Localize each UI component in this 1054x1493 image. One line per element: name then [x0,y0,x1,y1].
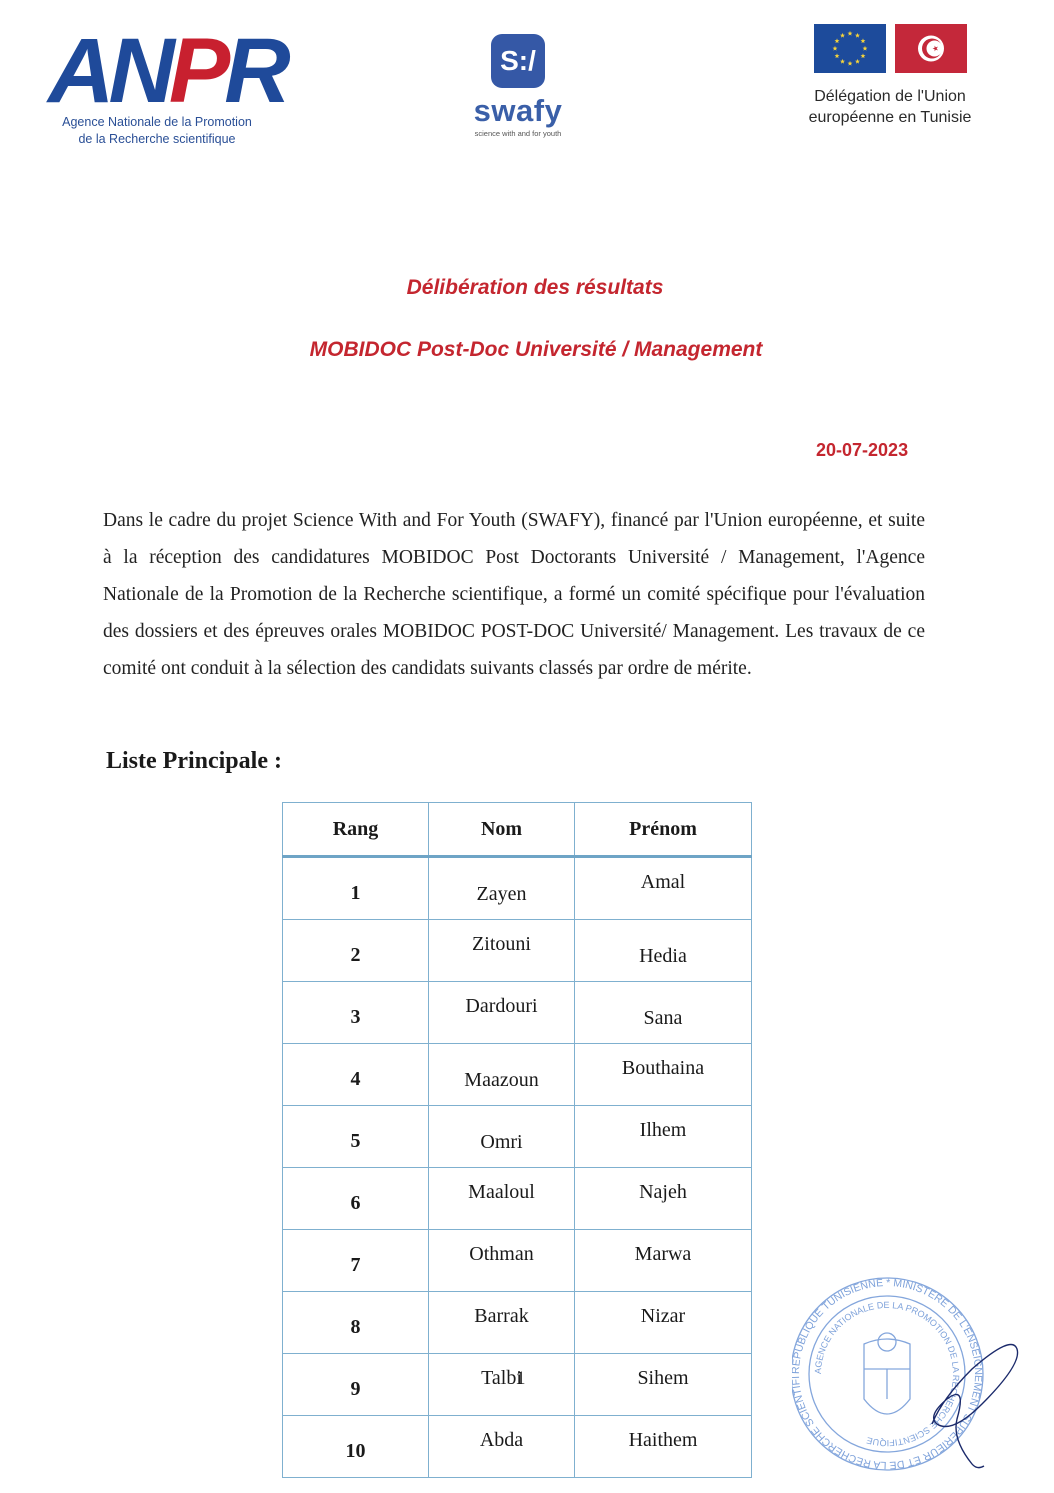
eu-delegation-logo: Délégation de l'Union européenne en Tuni… [790,24,990,128]
anpr-logo-mark: ANPR [48,30,278,112]
list-title: Liste Principale : [106,748,282,775]
cell-prenom: Ilhem [575,1106,752,1168]
document-date: 20-07-2023 [816,440,908,461]
cell-rang: 6 [283,1168,429,1230]
table-row: 7OthmanMarwa [283,1230,752,1292]
cell-nom: Omri [429,1106,575,1168]
eu-delegation-name: Délégation de l'Union européenne en Tuni… [790,86,990,128]
cell-nom: Dardouri [429,982,575,1044]
cell-prenom: Najeh [575,1168,752,1230]
page-number: 1 [516,1368,526,1390]
cell-rang: 10 [283,1416,429,1478]
table-row: 10AbdaHaithem [283,1416,752,1478]
cell-prenom: Bouthaina [575,1044,752,1106]
swafy-logo: S:/ swafy science with and for youth [462,34,574,138]
cell-nom: Maaloul [429,1168,575,1230]
table-row: 3DardouriSana [283,982,752,1044]
cell-rang: 7 [283,1230,429,1292]
table-row: 5OmriIlhem [283,1106,752,1168]
intro-paragraph: Dans le cadre du projet Science With and… [103,502,925,687]
swafy-tagline: science with and for youth [462,129,574,138]
cell-rang: 5 [283,1106,429,1168]
cell-nom: Abda [429,1416,575,1478]
cell-rang: 2 [283,920,429,982]
table-header-row: Rang Nom Prénom [283,803,752,857]
eu-flag-icon [814,24,886,73]
cell-prenom: Haithem [575,1416,752,1478]
swafy-icon: S:/ [491,34,545,88]
table-row: 6MaaloulNajeh [283,1168,752,1230]
tunisia-flag-icon [895,24,967,73]
cell-rang: 1 [283,857,429,920]
cell-nom: Zitouni [429,920,575,982]
cell-rang: 4 [283,1044,429,1106]
table-row: 2ZitouniHedia [283,920,752,982]
table-row: 1ZayenAmal [283,857,752,920]
cell-rang: 8 [283,1292,429,1354]
column-header-prenom: Prénom [575,803,752,857]
cell-prenom: Sana [575,982,752,1044]
cell-prenom: Amal [575,857,752,920]
document-subtitle: MOBIDOC Post-Doc Université / Management [9,338,1054,362]
column-header-nom: Nom [429,803,575,857]
official-stamp: REPUBLIQUE TUNISIENNE * MINISTERE DE L'E… [792,1274,1027,1479]
cell-nom: Zayen [429,857,575,920]
swafy-name: swafy [462,94,574,128]
anpr-logo: ANPR Agence Nationale de la Promotion de… [42,30,272,148]
column-header-rang: Rang [283,803,429,857]
cell-rang: 9 [283,1354,429,1416]
cell-nom: Maazoun [429,1044,575,1106]
cell-prenom: Nizar [575,1292,752,1354]
cell-prenom: Hedia [575,920,752,982]
cell-nom: Othman [429,1230,575,1292]
cell-prenom: Marwa [575,1230,752,1292]
cell-rang: 3 [283,982,429,1044]
cell-nom: Talbi [429,1354,575,1416]
table-row: 8BarrakNizar [283,1292,752,1354]
cell-nom: Barrak [429,1292,575,1354]
table-row: 4MaazounBouthaina [283,1044,752,1106]
document-title: Délibération des résultats [8,276,1054,300]
cell-prenom: Sihem [575,1354,752,1416]
